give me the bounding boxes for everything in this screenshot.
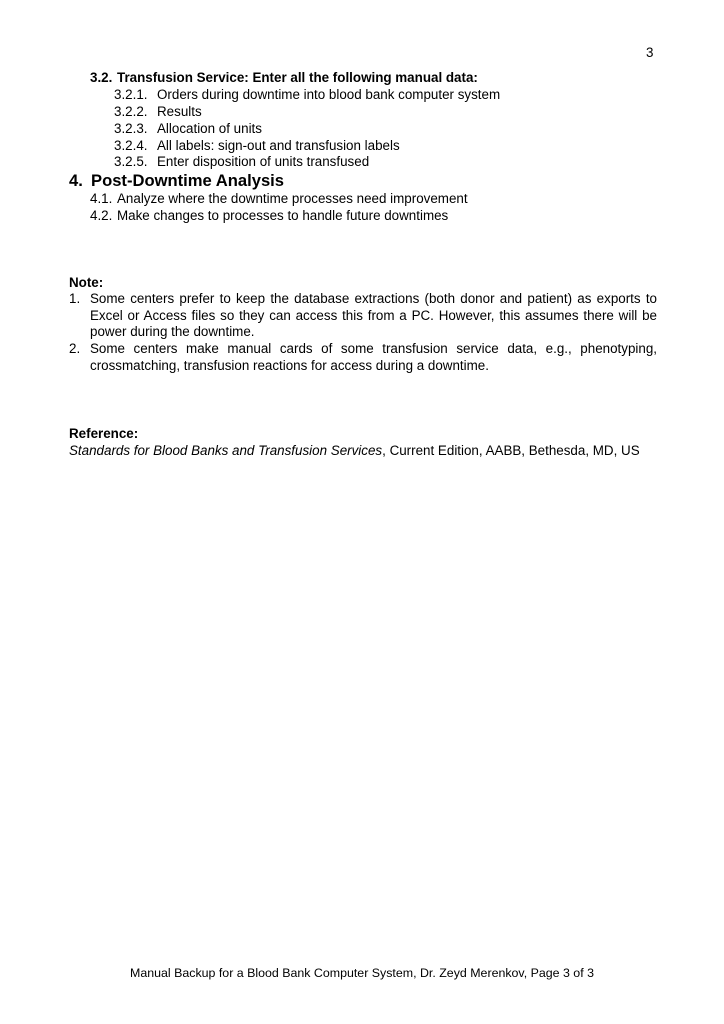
note-text: Some centers make manual cards of some t… <box>90 341 657 374</box>
list-item: 3.2.4.All labels: sign-out and transfusi… <box>114 138 400 153</box>
item-number: 3.2.4. <box>114 138 157 153</box>
note-list: 1. Some centers prefer to keep the datab… <box>69 291 657 375</box>
item-text: All labels: sign-out and transfusion lab… <box>157 138 400 153</box>
list-item: 3.2.5.Enter disposition of units transfu… <box>114 154 369 169</box>
note-text: Some centers prefer to keep the database… <box>90 291 657 341</box>
item-text: Analyze where the downtime processes nee… <box>117 191 468 206</box>
reference-heading: Reference: <box>69 426 138 441</box>
list-item: 3.2.3.Allocation of units <box>114 121 262 136</box>
section-number: 3.2. <box>90 70 117 85</box>
item-text: Results <box>157 104 202 119</box>
section-3-2-heading: 3.2.Transfusion Service: Enter all the f… <box>90 70 478 85</box>
list-item: 4.1.Analyze where the downtime processes… <box>90 191 468 206</box>
reference-details: , Current Edition, AABB, Bethesda, MD, U… <box>382 443 640 458</box>
section-title: Transfusion Service: Enter all the follo… <box>117 70 478 85</box>
page-footer: Manual Backup for a Blood Bank Computer … <box>0 966 724 980</box>
list-item: 3.2.2.Results <box>114 104 202 119</box>
section-4-heading: 4.Post-Downtime Analysis <box>69 171 284 191</box>
item-text: Allocation of units <box>157 121 262 136</box>
section-number: 4. <box>69 171 91 191</box>
note-item: 1. Some centers prefer to keep the datab… <box>69 291 657 341</box>
item-text: Orders during downtime into blood bank c… <box>157 87 500 102</box>
note-heading: Note: <box>69 275 103 290</box>
section-title: Post-Downtime Analysis <box>91 171 284 190</box>
reference-italic-title: Standards for Blood Banks and Transfusio… <box>69 443 382 458</box>
note-number: 2. <box>69 341 90 374</box>
item-text: Enter disposition of units transfused <box>157 154 369 169</box>
list-item: 3.2.1.Orders during downtime into blood … <box>114 87 500 102</box>
item-number: 3.2.1. <box>114 87 157 102</box>
item-number: 4.1. <box>90 191 117 206</box>
page-number: 3 <box>646 45 653 60</box>
item-number: 4.2. <box>90 208 117 223</box>
item-text: Make changes to processes to handle futu… <box>117 208 448 223</box>
note-item: 2. Some centers make manual cards of som… <box>69 341 657 374</box>
item-number: 3.2.3. <box>114 121 157 136</box>
note-number: 1. <box>69 291 90 341</box>
item-number: 3.2.5. <box>114 154 157 169</box>
list-item: 4.2.Make changes to processes to handle … <box>90 208 448 223</box>
reference-text: Standards for Blood Banks and Transfusio… <box>69 442 657 459</box>
item-number: 3.2.2. <box>114 104 157 119</box>
